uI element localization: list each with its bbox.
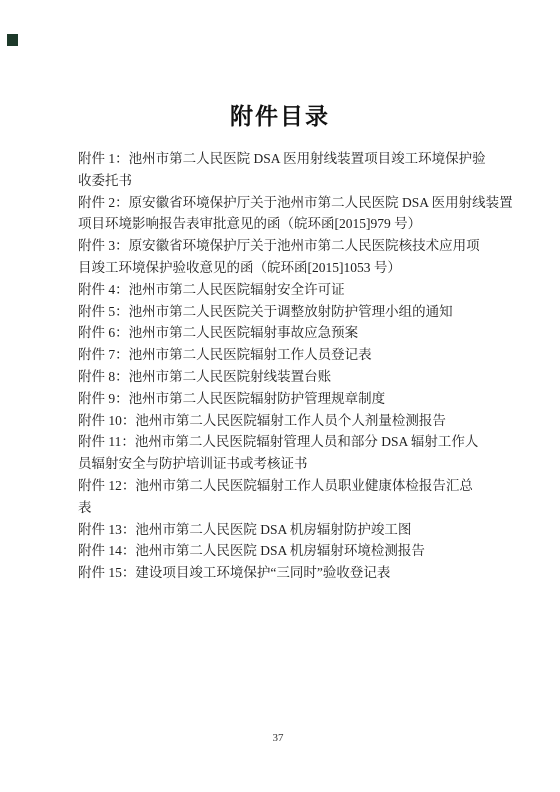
attachment-list: 附件 1：池州市第二人民医院 DSA 医用射线装置项目竣工环境保护验收委托书附件…: [78, 148, 518, 584]
attachment-item-9: 附件 9：池州市第二人民医院辐射防护管理规章制度: [78, 388, 518, 410]
attachment-item-11: 附件 11：池州市第二人民医院辐射管理人员和部分 DSA 辐射工作人: [78, 431, 518, 453]
attachment-item-4: 附件 4：池州市第二人民医院辐射安全许可证: [78, 279, 518, 301]
attachment-item-15: 附件 15：建设项目竣工环境保护“三同时”验收登记表: [78, 562, 518, 584]
attachment-item-6: 附件 6：池州市第二人民医院辐射事故应急预案: [78, 322, 518, 344]
attachment-item-1-continuation: 收委托书: [78, 170, 518, 192]
attachment-item-14: 附件 14：池州市第二人民医院 DSA 机房辐射环境检测报告: [78, 540, 518, 562]
attachment-item-7: 附件 7：池州市第二人民医院辐射工作人员登记表: [78, 344, 518, 366]
attachment-item-8: 附件 8：池州市第二人民医院射线装置台账: [78, 366, 518, 388]
attachment-item-12: 附件 12：池州市第二人民医院辐射工作人员职业健康体检报告汇总: [78, 475, 518, 497]
attachment-item-12-continuation: 表: [78, 497, 518, 519]
scan-artifact-mark: [7, 34, 18, 46]
attachment-item-1: 附件 1：池州市第二人民医院 DSA 医用射线装置项目竣工环境保护验: [78, 148, 518, 170]
attachment-item-11-continuation: 员辐射安全与防护培训证书或考核证书: [78, 453, 518, 475]
attachment-item-3: 附件 3：原安徽省环境保护厅关于池州市第二人民医院核技术应用项: [78, 235, 518, 257]
page-title: 附件目录: [0, 103, 560, 130]
attachment-item-10: 附件 10：池州市第二人民医院辐射工作人员个人剂量检测报告: [78, 410, 518, 432]
attachment-item-13: 附件 13：池州市第二人民医院 DSA 机房辐射防护竣工图: [78, 519, 518, 541]
attachment-item-2-continuation: 项目环境影响报告表审批意见的函（皖环函[2015]979 号）: [78, 213, 518, 235]
attachment-item-3-continuation: 目竣工环境保护验收意见的函（皖环函[2015]1053 号）: [78, 257, 518, 279]
attachment-item-2: 附件 2：原安徽省环境保护厅关于池州市第二人民医院 DSA 医用射线装置: [78, 192, 518, 214]
attachment-item-5: 附件 5：池州市第二人民医院关于调整放射防护管理小组的通知: [78, 301, 518, 323]
page-number: 37: [0, 732, 556, 744]
document-page: 附件目录 附件 1：池州市第二人民医院 DSA 医用射线装置项目竣工环境保护验收…: [0, 0, 560, 792]
